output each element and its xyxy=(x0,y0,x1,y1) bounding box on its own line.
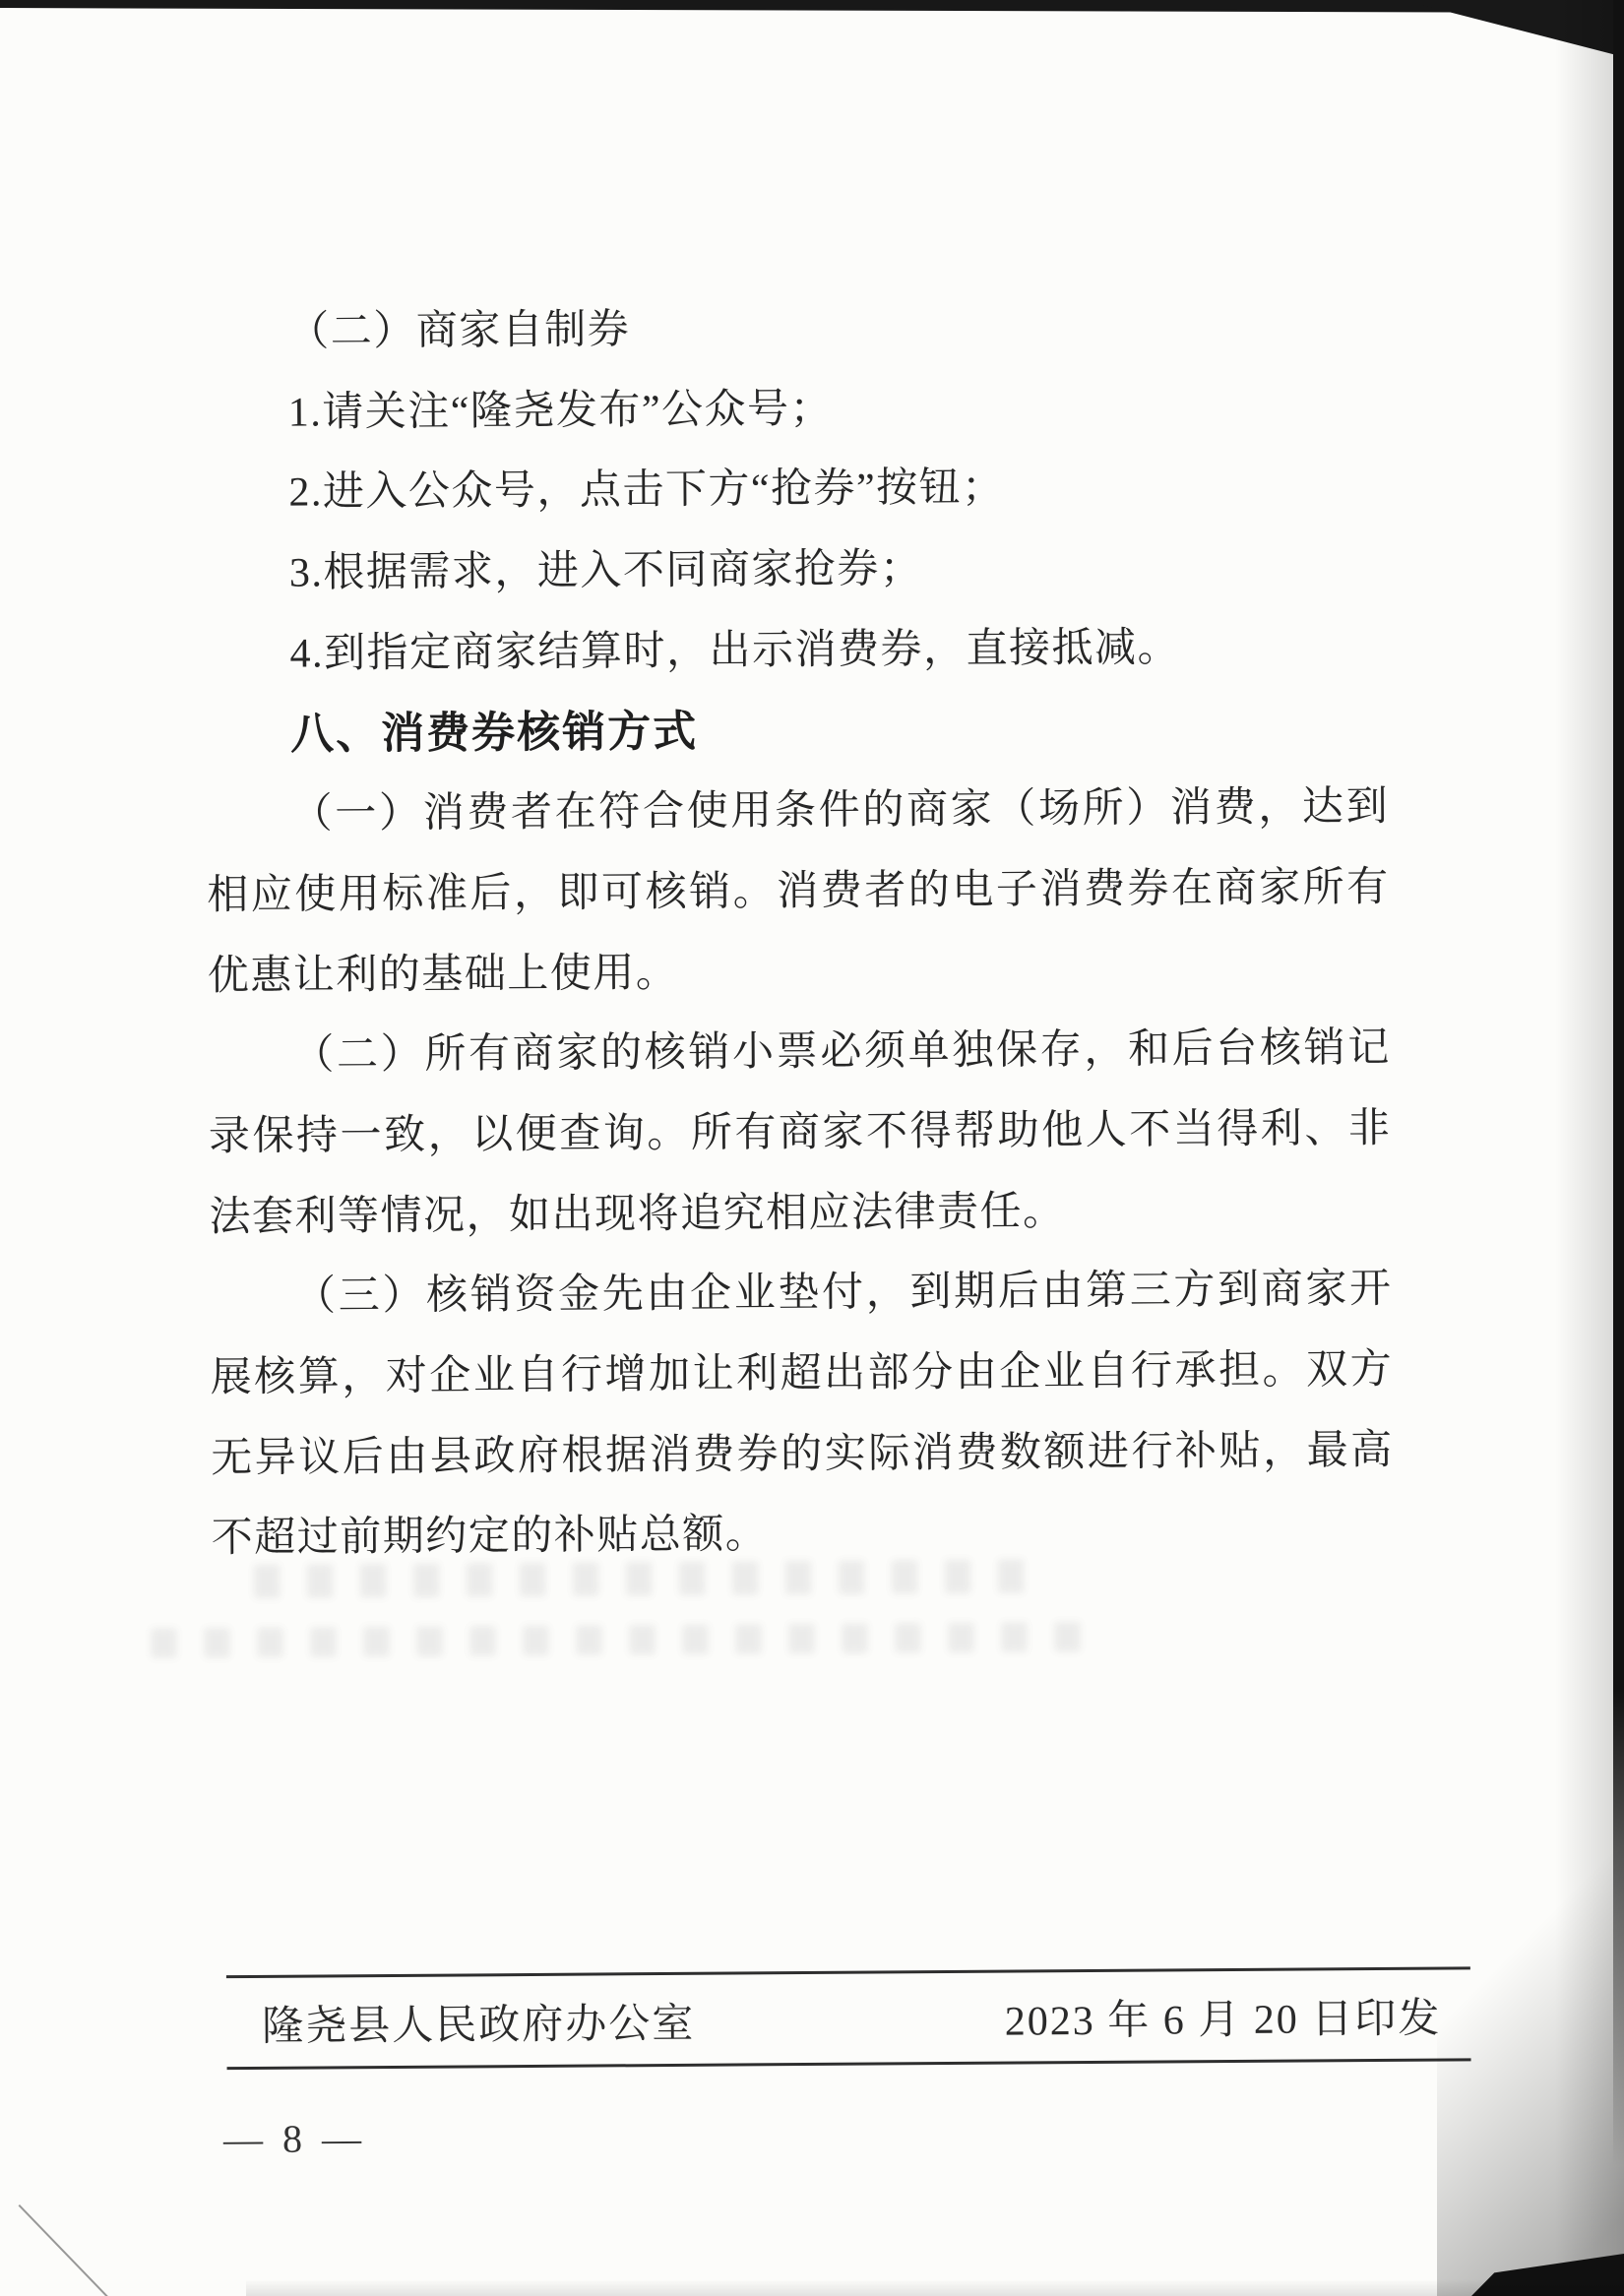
paragraph-1-line-2: 相应使用标准后，即可核销。消费者的电子消费券在商家所有 xyxy=(207,848,1389,937)
bleed-through-artifact xyxy=(151,1622,1095,1658)
footer: 隆尧县人民政府办公室 2023 年 6 月 20 日印发 xyxy=(226,1973,1471,2065)
page-curl-shadow-bottom-right xyxy=(1437,1811,1624,2296)
paragraph-1-line-1: （一）消费者在符合使用条件的商家（场所）消费，达到 xyxy=(206,768,1388,856)
list-item-1: 1.请关注“隆尧发布”公众号； xyxy=(204,366,1386,455)
list-item-4: 4.到指定商家结算时，出示消费券，直接抵减。 xyxy=(205,607,1387,696)
bleed-through-artifact xyxy=(254,1559,1051,1598)
document-body: （二）商家自制券 1.请关注“隆尧发布”公众号； 2.进入公众号，点击下方“抢券… xyxy=(203,285,1393,1580)
page-number: — 8 — xyxy=(223,2115,366,2162)
paragraph-2-line-3: 法套利等情况，如出现将追究相应法律责任。 xyxy=(209,1169,1391,1258)
paragraph-3-line-2: 展核算，对企业自行增加让利超出部分由企业自行承担。双方 xyxy=(210,1331,1392,1419)
section-heading: 八、消费券核销方式 xyxy=(206,687,1388,776)
paragraph-3-line-3: 无异议后由县政府根据消费券的实际消费数额进行补贴，最高 xyxy=(211,1410,1393,1499)
list-item-3: 3.根据需求，进入不同商家抢券； xyxy=(205,527,1387,615)
paragraph-2-line-2: 录保持一致，以便查询。所有商家不得帮助他人不当得利、非 xyxy=(209,1089,1391,1178)
subheading-merchant-voucher: （二）商家自制券 xyxy=(203,285,1385,374)
page-content: （二）商家自制券 1.请关注“隆尧发布”公众号； 2.进入公众号，点击下方“抢券… xyxy=(0,0,1624,2296)
list-item-2: 2.进入公众号，点击下方“抢券”按钮； xyxy=(204,446,1386,534)
paragraph-1-line-3: 优惠让利的基础上使用。 xyxy=(208,928,1390,1017)
paragraph-3-line-1: （三）核销资金先由企业垫付，到期后由第三方到商家开 xyxy=(210,1250,1392,1338)
footer-print-date: 2023 年 6 月 20 日印发 xyxy=(1004,1985,1470,2047)
footer-issuer: 隆尧县人民政府办公室 xyxy=(226,1991,695,2053)
page-edge-shadow-bottom xyxy=(246,2279,1624,2296)
paragraph-2-line-1: （二）所有商家的核销小票必须单独保存，和后台核销记 xyxy=(208,1009,1390,1097)
